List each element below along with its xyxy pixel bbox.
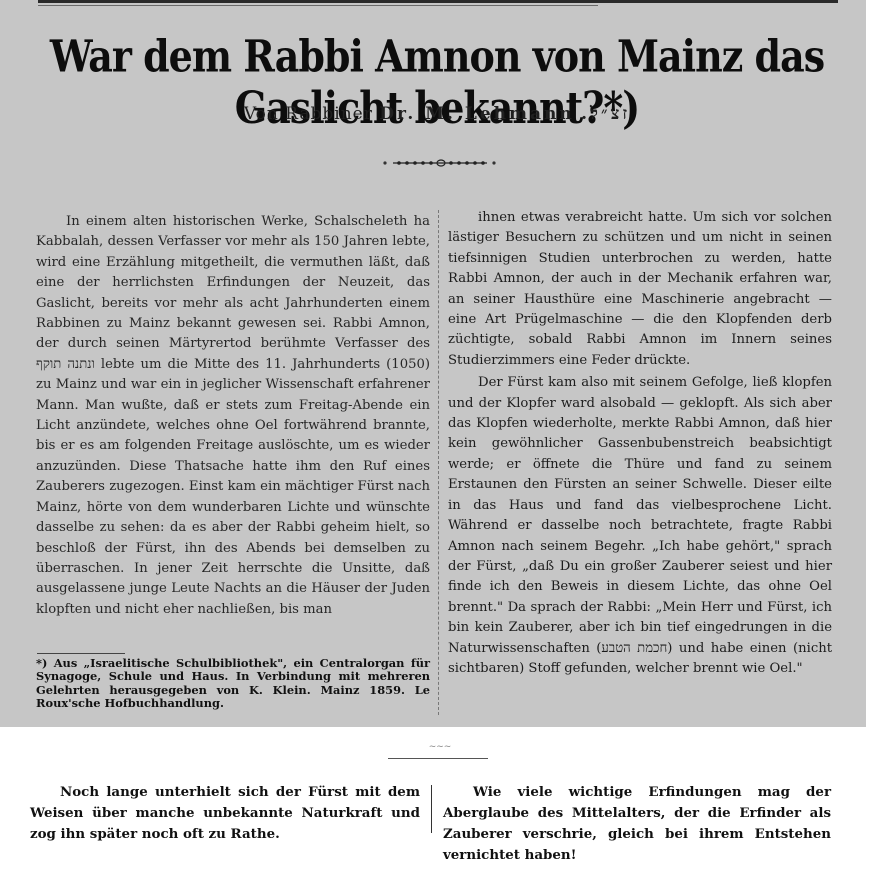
byline-author: Dr. M. Lehmann (379, 104, 574, 124)
column-left: In einem alten historischen Werke, Schal… (36, 212, 430, 620)
footnote: *) Aus „Israelitische Schulbibliothek", … (36, 657, 430, 711)
paragraph: In einem alten historischen Werke, Schal… (36, 212, 430, 620)
paragraph: Der Fürst kam also mit seinem Gefolge, l… (448, 373, 832, 679)
page-number: ~~~ (420, 742, 460, 752)
footnote-rule (37, 653, 125, 654)
column-divider (438, 210, 439, 715)
paragraph: Wie viele wichtige Erfindungen mag der A… (443, 782, 831, 866)
byline: Von Rabbiner Dr. M. Lehmann זצ״ל. (0, 104, 874, 124)
continuation-divider (431, 785, 432, 833)
ornament-divider-icon (381, 159, 499, 167)
top-rule (38, 0, 838, 3)
byline-honorific: זצ״ל. (581, 104, 630, 124)
paragraph: ihnen etwas verabreicht hatte. Um sich v… (448, 208, 832, 371)
byline-prefix: Von Rabbiner (244, 104, 373, 124)
column-right: ihnen etwas verabreicht hatte. Um sich v… (448, 208, 832, 679)
continuation-right: Wie viele wichtige Erfindungen mag der A… (443, 782, 831, 866)
top-rule-thin (38, 5, 598, 6)
page-rule (388, 758, 488, 759)
paragraph: Noch lange unterhielt sich der Fürst mit… (30, 782, 420, 845)
continuation-left: Noch lange unterhielt sich der Fürst mit… (30, 782, 420, 845)
